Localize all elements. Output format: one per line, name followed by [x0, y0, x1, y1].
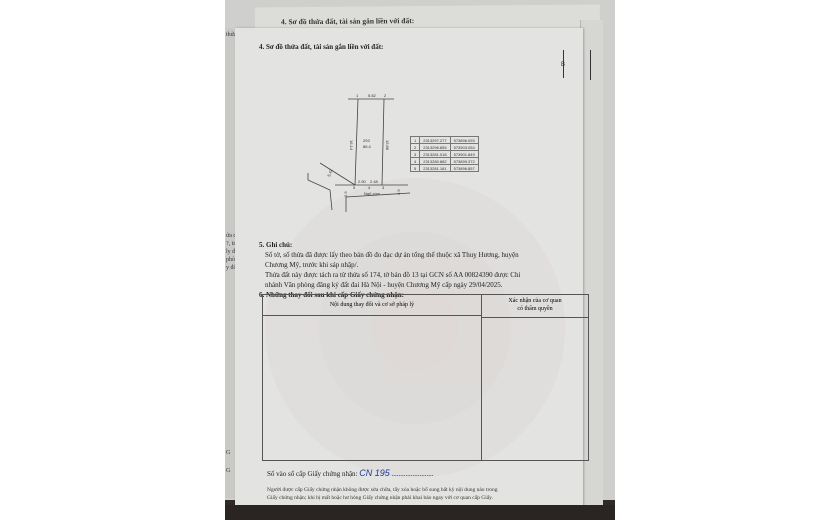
registry-number: Số vào sổ cấp Giấy chứng nhận: CN 195 ..…: [267, 468, 434, 479]
changes-col-content: Nội dung thay đổi và cơ sở pháp lý: [263, 295, 482, 316]
coordinate-row: 42313280.882573899.372: [411, 158, 479, 165]
svg-text:4: 4: [368, 185, 371, 190]
svg-text:2: 2: [384, 93, 387, 98]
changes-table: Nội dung thay đổi và cơ sở pháp lý Xác n…: [262, 294, 589, 461]
section5-notes: 5. Ghi chú: Số tờ, số thửa đã được lấy t…: [259, 240, 579, 300]
note-line: Thửa đất này được tách ra từ thửa số 174…: [259, 270, 579, 280]
coordinate-row: 52313281.181573896.857: [411, 165, 479, 172]
left-fragment: G: [226, 450, 230, 456]
note-line: Chương Mỹ, trước khi sáp nhập/.: [259, 260, 579, 270]
footer-line: Người được cấp Giấy chứng nhận không đượ…: [267, 486, 587, 494]
column-divider: [481, 315, 482, 460]
svg-text:5.42: 5.42: [326, 168, 334, 178]
coordinate-row: 32313281.018573901.849: [411, 151, 479, 158]
section5-heading: 5. Ghi chú:: [259, 240, 579, 250]
coordinate-cell-y: 573896.093: [450, 137, 478, 144]
authority-line: Xác nhận của cơ quan: [482, 297, 588, 305]
coordinate-row: 12313297.277573896.093: [411, 137, 479, 144]
coordinate-row: 22313296.855573903.054: [411, 144, 479, 151]
svg-text:1: 1: [356, 93, 359, 98]
coordinate-cell-x: 2313297.277: [420, 137, 450, 144]
table-surface: [225, 505, 615, 520]
svg-text:3: 3: [382, 185, 385, 190]
left-fragment: G: [226, 468, 230, 474]
svg-text:2.50: 2.50: [358, 179, 367, 184]
back-sheet-heading: 4. Sơ đồ thửa đất, tài sản gắn liền với …: [281, 16, 414, 27]
left-fragment: ?, tr: [226, 241, 235, 247]
coordinate-table: 12313297.277573896.09322313296.855573903…: [410, 136, 479, 172]
svg-text:2.9: 2.9: [343, 191, 348, 197]
svg-text:2.48: 2.48: [370, 179, 379, 184]
footer-warning: Người được cấp Giấy chứng nhận không đượ…: [267, 486, 587, 502]
coordinate-cell-y: 573896.857: [450, 165, 478, 172]
note-line: Số tờ, số thửa đã được lấy theo bản đồ đ…: [259, 250, 579, 260]
footer-line: Giấy chứng nhận; khi bị mất hoặc hư hỏng…: [267, 494, 587, 502]
svg-text:2.9: 2.9: [396, 189, 401, 195]
coordinate-cell-pt: 1: [411, 137, 420, 144]
svg-text:15.88: 15.88: [385, 140, 390, 151]
authority-line: có thẩm quyền: [482, 305, 588, 313]
coordinate-cell-pt: 4: [411, 158, 420, 165]
coordinate-cell-pt: 3: [411, 151, 420, 158]
coordinate-cell-y: 573901.849: [450, 151, 478, 158]
coordinate-cell-y: 573899.372: [450, 158, 478, 165]
note-line: nhánh Văn phòng đăng ký đất đai Hà Nội -…: [259, 280, 579, 290]
changes-col-authority: Xác nhận của cơ quan có thẩm quyền: [482, 295, 588, 318]
registry-handwritten-value: CN 195: [359, 468, 390, 478]
coordinate-cell-pt: 2: [411, 144, 420, 151]
svg-text:5: 5: [353, 185, 356, 190]
north-arrow-back: [590, 50, 591, 80]
svg-text:16.14: 16.14: [349, 140, 354, 151]
registry-dots: ........................: [392, 470, 434, 478]
coordinate-cell-x: 2313296.855: [420, 144, 450, 151]
svg-text:5.82: 5.82: [368, 93, 377, 98]
document-photo: 4. Sơ đồ thửa đất, tài sản gắn liền với …: [225, 0, 615, 520]
coordinate-cell-pt: 5: [411, 165, 420, 172]
coordinate-cell-x: 2313281.018: [420, 151, 450, 158]
coordinate-cell-y: 573903.054: [450, 144, 478, 151]
coordinate-cell-x: 2313281.181: [420, 165, 450, 172]
certificate-page: 4. Sơ đồ thửa đất, tài sản gắn liền với …: [235, 28, 583, 510]
svg-text:Ngõ xóm: Ngõ xóm: [364, 191, 381, 196]
svg-text:293: 293: [363, 138, 370, 143]
north-label: B: [561, 62, 565, 68]
section4-heading: 4. Sơ đồ thửa đất, tài sản gắn liền với …: [259, 42, 383, 52]
left-fragment: ly đ: [226, 249, 235, 255]
registry-label: Số vào sổ cấp Giấy chứng nhận:: [267, 470, 358, 478]
coordinate-cell-x: 2313280.882: [420, 158, 450, 165]
svg-text:86.4: 86.4: [363, 144, 372, 149]
parcel-diagram: 1 2 5.82 293 86.4 16.14 15.88 2.50 2.48 …: [300, 85, 420, 215]
